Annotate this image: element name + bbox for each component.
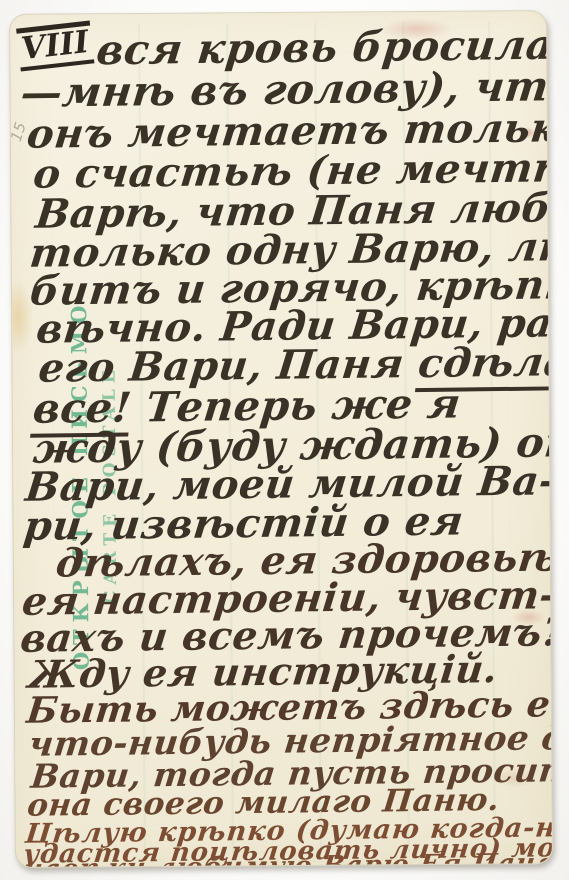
- paper-stain: [9, 281, 32, 353]
- postcard: ОТКРЫТОЕ ПИСЬМО CARTE POSTALE VIII 15 вс…: [9, 10, 553, 868]
- postcard-photo: ОТКРЫТОЕ ПИСЬМО CARTE POSTALE VIII 15 вс…: [0, 0, 569, 880]
- page-number-marker: VIII: [16, 21, 94, 72]
